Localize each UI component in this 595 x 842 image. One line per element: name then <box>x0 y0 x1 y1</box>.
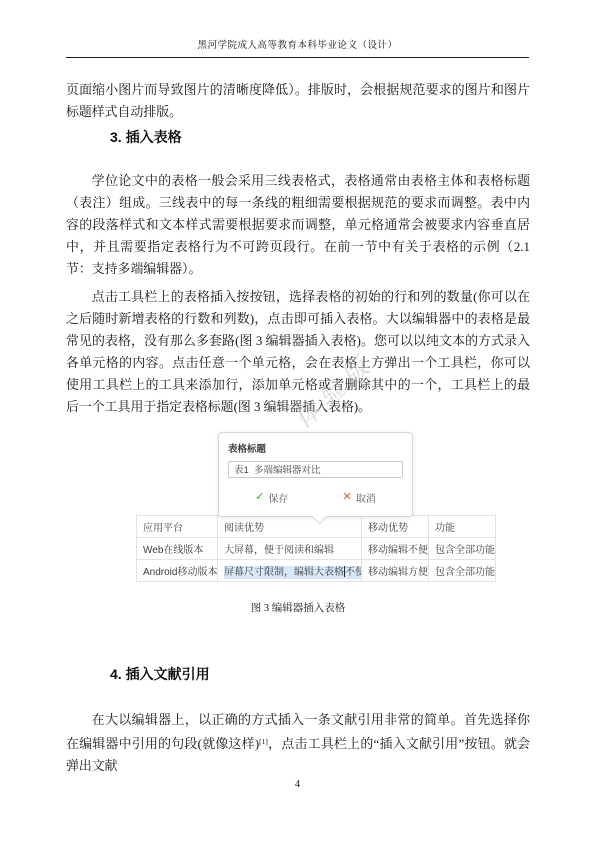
paragraph-citation: 在大以编辑器上，以正确的方式插入一条文献引用非常的简单。首先选择你在编辑器中引用… <box>66 709 530 777</box>
page-number: 4 <box>0 779 595 790</box>
section-heading-insert-citation: 4. 插入文献引用 <box>66 664 530 684</box>
reference-marker: [1] <box>259 737 268 746</box>
page-header-title: 黑河学院成人高等教育本科毕业论文（设计） <box>66 37 529 58</box>
figure-editor-insert-table: 表格标题 ✓ 保存 ✕ 取消 应用平台 阅读优势 移动优势 功能 Web在线版本 <box>66 424 530 629</box>
paragraph-table-style: 学位论文中的表格一般会采用三线表格式，表格通常由表格主体和表格标题（表注）组成。… <box>66 170 530 280</box>
paragraph-table-insert: 点击工具栏上的表格插入按按钮，选择表格的初始的行和列的数量(你可以在之后随时新增… <box>66 286 530 418</box>
thesis-page: { "page": { "header_title": "黑河学院成人高等教育本… <box>0 0 595 842</box>
header-cell: 功能 <box>429 516 496 538</box>
save-button-label: 保存 <box>268 490 288 505</box>
selected-text-highlight: 屏幕尺寸限制，编辑大表格不便 <box>224 566 362 579</box>
paragraph-intro: 页面缩小图片而导致图片的清晰度降低）。排版时，会根据规范要求的图片和图片标题样式… <box>66 79 530 123</box>
cancel-button-label: 取消 <box>356 490 376 505</box>
check-icon: ✓ <box>255 492 264 503</box>
comparison-table: 应用平台 阅读优势 移动优势 功能 Web在线版本 大屏幕，便于阅读和编辑 移动… <box>136 515 496 582</box>
table-caption-input <box>228 461 403 478</box>
save-button: ✓ 保存 <box>255 490 288 505</box>
popup-button-row: ✓ 保存 ✕ 取消 <box>228 490 403 505</box>
table-row: Web在线版本 大屏幕，便于阅读和编辑 移动编辑不便 包含全部功能 <box>137 538 496 560</box>
table-caption-label: 表格标题 <box>228 441 403 455</box>
section-heading-insert-table: 3. 插入表格 <box>66 127 530 147</box>
cancel-button: ✕ 取消 <box>343 490 376 505</box>
table-cell: Android移动版本 <box>137 560 218 582</box>
table-cell: 大屏幕，便于阅读和编辑 <box>218 538 362 560</box>
header-cell: 应用平台 <box>137 516 218 538</box>
table-cell: 包含全部功能 <box>429 560 496 582</box>
table-caption-popup: 表格标题 ✓ 保存 ✕ 取消 <box>218 432 413 517</box>
x-icon: ✕ <box>343 492 352 503</box>
table-cell-selected: 屏幕尺寸限制，编辑大表格不便 <box>218 560 362 582</box>
table-cell: 包含全部功能 <box>429 538 496 560</box>
table-row: Android移动版本 屏幕尺寸限制，编辑大表格不便 移动编辑方便 包含全部功能 <box>137 560 496 582</box>
figure-caption: 图 3 编辑器插入表格 <box>66 600 530 615</box>
table-cell: 移动编辑不便 <box>362 538 429 560</box>
header-cell: 阅读优势 <box>218 516 362 538</box>
table-cell: 移动编辑方便 <box>362 560 429 582</box>
header-cell: 移动优势 <box>362 516 429 538</box>
table-cell: Web在线版本 <box>137 538 218 560</box>
